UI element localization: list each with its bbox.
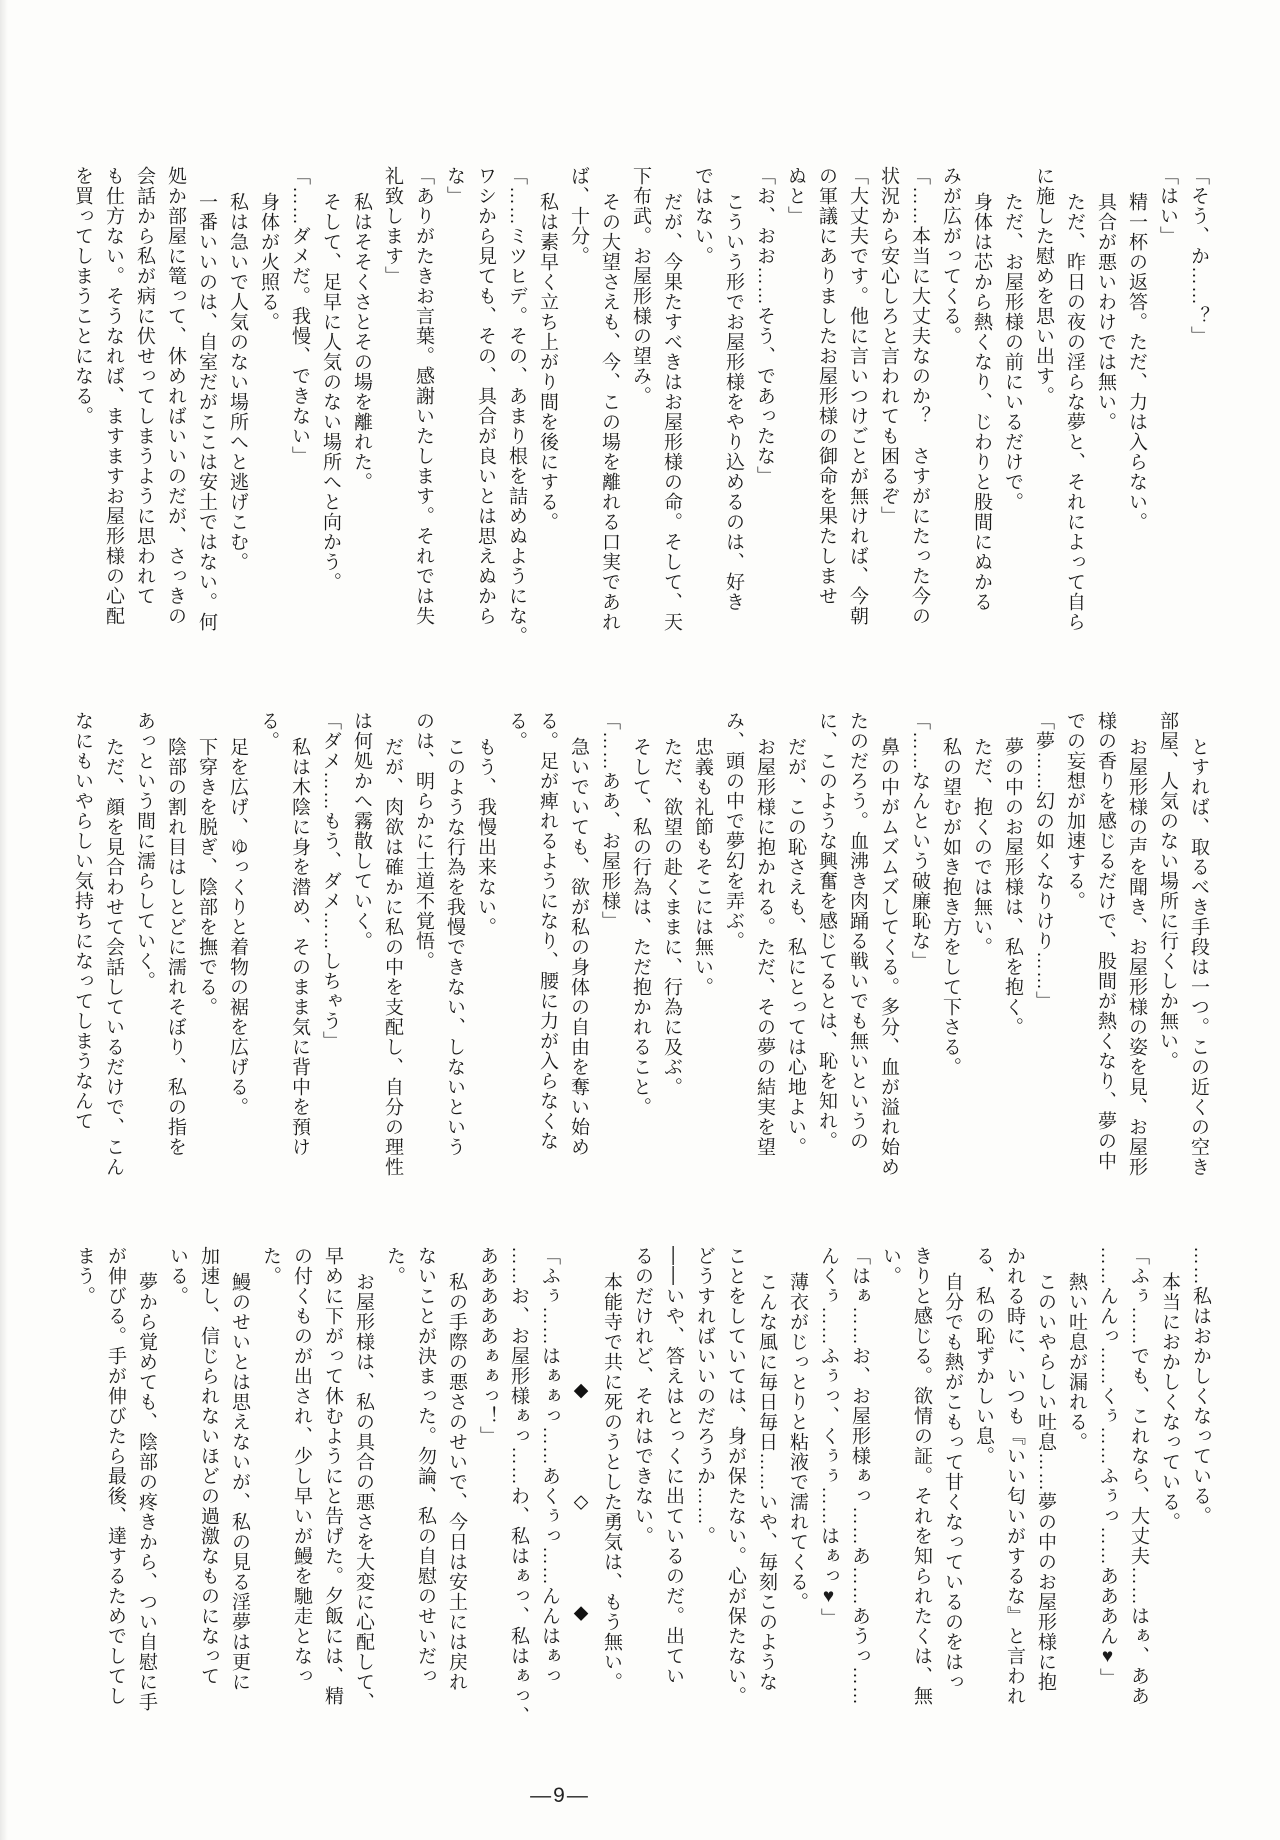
- text-column: ただ、抱くのでは無い。: [966, 711, 997, 1226]
- text-column: ただ、欲望の赴くままに、行為に及ぶ。: [656, 711, 687, 1226]
- text-column: だが、この恥さえも、私にとっては心地よい。: [780, 711, 811, 1226]
- text-column: 「夢……幻の如くなりけり……」: [1028, 711, 1059, 1226]
- text-column: ではない。: [687, 166, 718, 686]
- text-column: の軍議にありましたお屋形様の御命を果たしませ: [811, 166, 842, 686]
- text-block-middle: とすれば、取るべき手段は一つ。この近くの空き部屋、人気のない場所に行くしか無い。…: [67, 711, 1214, 1226]
- text-column: 夢の中のお屋形様は、私を抱く。: [997, 711, 1028, 1226]
- text-column: での妄想が加速する。: [1059, 711, 1090, 1226]
- text-column: 夢から覚めても、陰部の疼きから、つい自慰に手: [131, 1246, 162, 1798]
- text-column: 本当におかしくなっている。: [1154, 1246, 1185, 1798]
- text-column: 本能寺で共に死のうとした勇気は、もう無い。: [596, 1246, 627, 1798]
- text-column: 鰻のせいとは思えないが、私の見る淫夢は更に: [224, 1246, 255, 1798]
- text-column: 足を広げ、ゆっくりと着物の裾を広げる。: [222, 711, 253, 1226]
- text-column: んくぅ……ふぅっ、くぅぅ……はぁっ♥」: [813, 1246, 844, 1798]
- text-column: とすれば、取るべき手段は一つ。この近くの空き: [1183, 711, 1214, 1226]
- text-column: る。: [501, 711, 532, 1226]
- text-column: 忠義も礼節もそこには無い。: [687, 711, 718, 1226]
- text-column: は何処かへ霧散していく。: [346, 711, 377, 1226]
- text-column: た。: [379, 1246, 410, 1798]
- text-column: ただ、顔を見合わせて会話しているだけで、こん: [98, 711, 129, 1226]
- text-column: その大望さえも、今、この場を離れる口実であれ: [594, 166, 625, 686]
- text-column: に、このような興奮を感じてるとは、恥を知れ。: [811, 711, 842, 1226]
- text-column: お屋形様は、私の具合の悪さを大変に心配して、: [348, 1246, 379, 1798]
- text-column: 礼致します」: [377, 166, 408, 686]
- text-column: い。: [875, 1246, 906, 1798]
- text-column: 部屋、人気のない場所に行くしか無い。: [1152, 711, 1183, 1226]
- text-column: る。足が痺れるようになり、腰に力が入らなくな: [532, 711, 563, 1226]
- text-column: 自分でも熱がこもって甘くなっているのをはっ: [937, 1246, 968, 1798]
- text-column: 「ふぅ……でも、これなら、大丈夫……はぁ、ああ: [1123, 1246, 1154, 1798]
- text-column: 「……なんという破廉恥な」: [904, 711, 935, 1226]
- text-column: 「ダメ……もう、ダメ……しちゃう」: [315, 711, 346, 1226]
- text-column: みが広がってくる。: [935, 166, 966, 686]
- text-column: 一番いいのは、自室だがここは安土ではない。何: [191, 166, 222, 686]
- text-column: ――いや、答えはとっくに出ているのだ。出てい: [658, 1246, 689, 1798]
- text-column: も仕方ない。そうなれば、ますますお屋形様の心配: [98, 166, 129, 686]
- text-column: 熱い吐息が漏れる。: [1061, 1246, 1092, 1798]
- text-column: 具合が悪いわけでは無い。: [1090, 166, 1121, 686]
- text-column: ないことが決まった。勿論、私の自慰のせいだっ: [410, 1246, 441, 1798]
- text-column: に施した慰めを思い出す。: [1028, 166, 1059, 686]
- text-column: 「ふぅ……はぁぁっ……あくぅっ……んんはぁっ: [534, 1246, 565, 1798]
- text-column: 「……ああ、お屋形様」: [594, 711, 625, 1226]
- text-column: るのだけれど、それはできない。: [627, 1246, 658, 1798]
- text-column: ただ、お屋形様の前にいるだけで。: [997, 166, 1028, 686]
- text-column: の付くものが出され、少し早いが鰻を馳走となっ: [286, 1246, 317, 1798]
- text-column: だが、肉欲は確かに私の中を支配し、自分の理性: [377, 711, 408, 1226]
- text-column: ……んんっ……くぅ……ふぅっ……あああん♥」: [1092, 1246, 1123, 1798]
- text-column: きりと感じる。欲情の証。それを知られたくは、無: [906, 1246, 937, 1798]
- text-column: ワシから見ても、その、具合が良いとは思えぬから: [470, 166, 501, 686]
- text-column: お屋形様に抱かれる。ただ、その夢の結実を望: [749, 711, 780, 1226]
- text-column: このような行為を我慢できない、しないという: [439, 711, 470, 1226]
- text-column: 「はぁ……お、お屋形様ぁっ……あ……あうっ……: [844, 1246, 875, 1798]
- text-column: 会話から私が病に伏せってしまうように思われて: [129, 166, 160, 686]
- text-column: 私はそそくさとその場を離れた。: [346, 166, 377, 686]
- text-column: 処か部屋に篭って、休めればいいのだが、さっきの: [160, 166, 191, 686]
- text-column: なにもいやらしい気持ちになってしまうなんて: [67, 711, 98, 1226]
- text-column: あああああぁぁっ！」: [472, 1246, 503, 1798]
- text-column: あっという間に濡らしていく。: [129, 711, 160, 1226]
- text-column: ……お、お屋形様ぁっ……わ、私はぁっ、私はぁっ、: [503, 1246, 534, 1798]
- text-column: 身体が火照る。: [253, 166, 284, 686]
- text-column: 陰部の割れ目はしとどに濡れそぼり、私の指を: [160, 711, 191, 1226]
- text-column: 「大丈夫です。他に言いつけごとが無ければ、今朝: [842, 166, 873, 686]
- text-column: た。: [255, 1246, 286, 1798]
- text-column: な」: [439, 166, 470, 686]
- text-column: 「お、おお……そう、であったな」: [749, 166, 780, 686]
- text-column: 「はい」: [1152, 166, 1183, 686]
- text-column: お屋形様の声を聞き、お屋形様の姿を見、お屋形: [1121, 711, 1152, 1226]
- text-column: そして、足早に人気のない場所へと向かう。: [315, 166, 346, 686]
- text-column: 早めに下がって休むようにと告げた。夕飯には、精: [317, 1246, 348, 1798]
- text-column: 身体は芯から熱くなり、じわりと股間にぬかる: [966, 166, 997, 686]
- text-column: 私の手際の悪さのせいで、今日は安土には戻れ: [441, 1246, 472, 1798]
- text-column: る、私の恥ずかしい息。: [968, 1246, 999, 1798]
- text-column: だが、今果たすべきはお屋形様の命。そして、天: [656, 166, 687, 686]
- text-column: そして、私の行為は、ただ抱かれること。: [625, 711, 656, 1226]
- text-column: もう、我慢出来ない。: [470, 711, 501, 1226]
- text-column: ぬと」: [780, 166, 811, 686]
- text-column: こういう形でお屋形様をやり込めるのは、好き: [718, 166, 749, 686]
- text-column: 私の望むが如き抱き方をして下さる。: [935, 711, 966, 1226]
- text-column: ただ、昨日の夜の淫らな夢と、それによって自ら: [1059, 166, 1090, 686]
- text-column: こんな風に毎日毎日……いや、毎刻このような: [751, 1246, 782, 1798]
- text-column: 鼻の中がムズムズしてくる。多分、血が溢れ始め: [873, 711, 904, 1226]
- section-separator-diamonds: ◆◇◆: [565, 1246, 596, 1798]
- text-column: 私は素早く立ち上がり間を後にする。: [532, 166, 563, 686]
- text-column: 下穿きを脱ぎ、陰部を撫でる。: [191, 711, 222, 1226]
- text-column: 「……本当に大丈夫なのか？ さすがにたった今の: [904, 166, 935, 686]
- text-column: 私は木陰に身を潜め、そのまま気に背中を預け: [284, 711, 315, 1226]
- text-column: かれる時に、いつも『いい匂いがするな』と言われ: [999, 1246, 1030, 1798]
- text-column: 急いでいても、欲が私の身体の自由を奪い始め: [563, 711, 594, 1226]
- text-column: 下布武。お屋形様の望み。: [625, 166, 656, 686]
- page-number: ―9―: [0, 1784, 1120, 1808]
- text-column: み、頭の中で夢幻を弄ぶ。: [718, 711, 749, 1226]
- text-column: 加速し、信じられないほどの過激なものになって: [193, 1246, 224, 1798]
- text-column: が伸びる。手が伸びたら最後、達するためでしてし: [100, 1246, 131, 1798]
- text-column: 薄衣がじっとりと粘液で濡れてくる。: [782, 1246, 813, 1798]
- scanned-novel-page: 「そう、か……？」「はい」精一杯の返答。ただ、力は入らない。具合が悪いわけでは無…: [0, 0, 1280, 1840]
- text-column: のは、明らかに士道不覚悟。: [408, 711, 439, 1226]
- text-column: 「ありがたきお言葉。感謝いたします。それでは失: [408, 166, 439, 686]
- text-column: ……私はおかしくなっている。: [1185, 1246, 1216, 1798]
- text-column: 精一杯の返答。ただ、力は入らない。: [1121, 166, 1152, 686]
- text-column: を買ってしまうことになる。: [67, 166, 98, 686]
- text-column: 状況から安心しろと言われても困るぞ」: [873, 166, 904, 686]
- text-column: 私は急いで人気のない場所へと逃げこむ。: [222, 166, 253, 686]
- text-column: 「そう、か……？」: [1183, 166, 1214, 686]
- text-column: このいやらしい吐息……夢の中のお屋形様に抱: [1030, 1246, 1061, 1798]
- text-column: どうすればいいのだろうか……。: [689, 1246, 720, 1798]
- scan-left-edge-shading: [0, 0, 8, 1840]
- text-column: いる。: [162, 1246, 193, 1798]
- text-column: 様の香りを感じるだけで、股間が熱くなり、夢の中: [1090, 711, 1121, 1226]
- text-column: る。: [253, 711, 284, 1226]
- text-column: まう。: [69, 1246, 100, 1798]
- text-block-bottom: ……私はおかしくなっている。本当におかしくなっている。「ふぅ……でも、これなら、…: [69, 1246, 1216, 1798]
- text-block-top: 「そう、か……？」「はい」精一杯の返答。ただ、力は入らない。具合が悪いわけでは無…: [67, 166, 1214, 686]
- text-column: たのだろう。血沸き肉踊る戦いでも無いというの: [842, 711, 873, 1226]
- text-column: ことをしていては、身が保たない。心が保たない。: [720, 1246, 751, 1798]
- text-column: 「……ミツヒデ。その、あまり根を詰めぬようにな。: [501, 166, 532, 686]
- text-column: ば、十分。: [563, 166, 594, 686]
- text-column: 「……ダメだ。我慢、できない」: [284, 166, 315, 686]
